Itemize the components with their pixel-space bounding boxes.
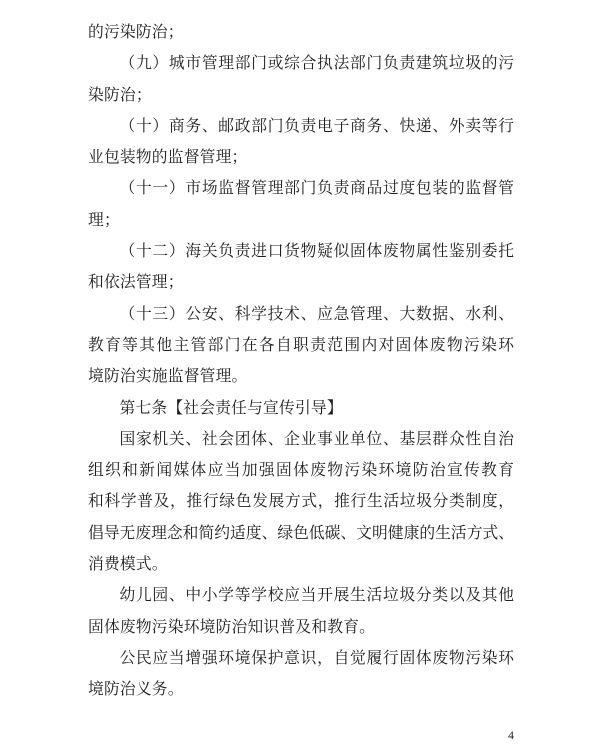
text-line: （十）商务、邮政部门负责电子商务、快递、外卖等行 xyxy=(88,111,514,142)
text-line: 境防治义务。 xyxy=(88,674,514,705)
text-line: 国家机关、社会团体、企业事业单位、基层群众性自治 xyxy=(88,424,514,455)
text-line: 和科学普及，推行绿色发展方式，推行生活垃圾分类制度， xyxy=(88,486,514,517)
text-line: 消费模式。 xyxy=(88,549,514,580)
page-number: 4 xyxy=(88,727,514,743)
text-line: 幼儿园、中小学等学校应当开展生活垃圾分类以及其他 xyxy=(88,580,514,611)
text-line: （十二）海关负责进口货物疑似固体废物属性鉴别委托 xyxy=(88,236,514,267)
text-line: 倡导无废理念和简约适度、绿色低碳、文明健康的生活方式、 xyxy=(88,518,514,549)
document-body: 的污染防治；（九）城市管理部门或综合执法部门负责建筑垃圾的污染防治；（十）商务、… xyxy=(88,17,514,706)
text-line: （十一）市场监督管理部门负责商品过度包装的监督管 xyxy=(88,173,514,204)
text-line: 染防治； xyxy=(88,80,514,111)
text-line: 教育等其他主管部门在各自职责范围内对固体废物污染环 xyxy=(88,330,514,361)
text-line: （九）城市管理部门或综合执法部门负责建筑垃圾的污 xyxy=(88,48,514,79)
text-line: 和依法管理； xyxy=(88,267,514,298)
text-line: 的污染防治； xyxy=(88,17,514,48)
text-line: （十三）公安、科学技术、应急管理、大数据、水利、 xyxy=(88,299,514,330)
text-line: 公民应当增强环境保护意识，自觉履行固体废物污染环 xyxy=(88,643,514,674)
text-line: 理； xyxy=(88,205,514,236)
text-line: 组织和新闻媒体应当加强固体废物污染环境防治宣传教育 xyxy=(88,455,514,486)
text-line: 业包装物的监督管理； xyxy=(88,142,514,173)
article-heading-line: 第七条【社会责任与宣传引导】 xyxy=(88,393,514,424)
text-line: 境防治实施监督管理。 xyxy=(88,361,514,392)
text-line: 固体废物污染环境防治知识普及和教育。 xyxy=(88,612,514,643)
document-page: 的污染防治；（九）城市管理部门或综合执法部门负责建筑垃圾的污染防治；（十）商务、… xyxy=(0,0,600,754)
